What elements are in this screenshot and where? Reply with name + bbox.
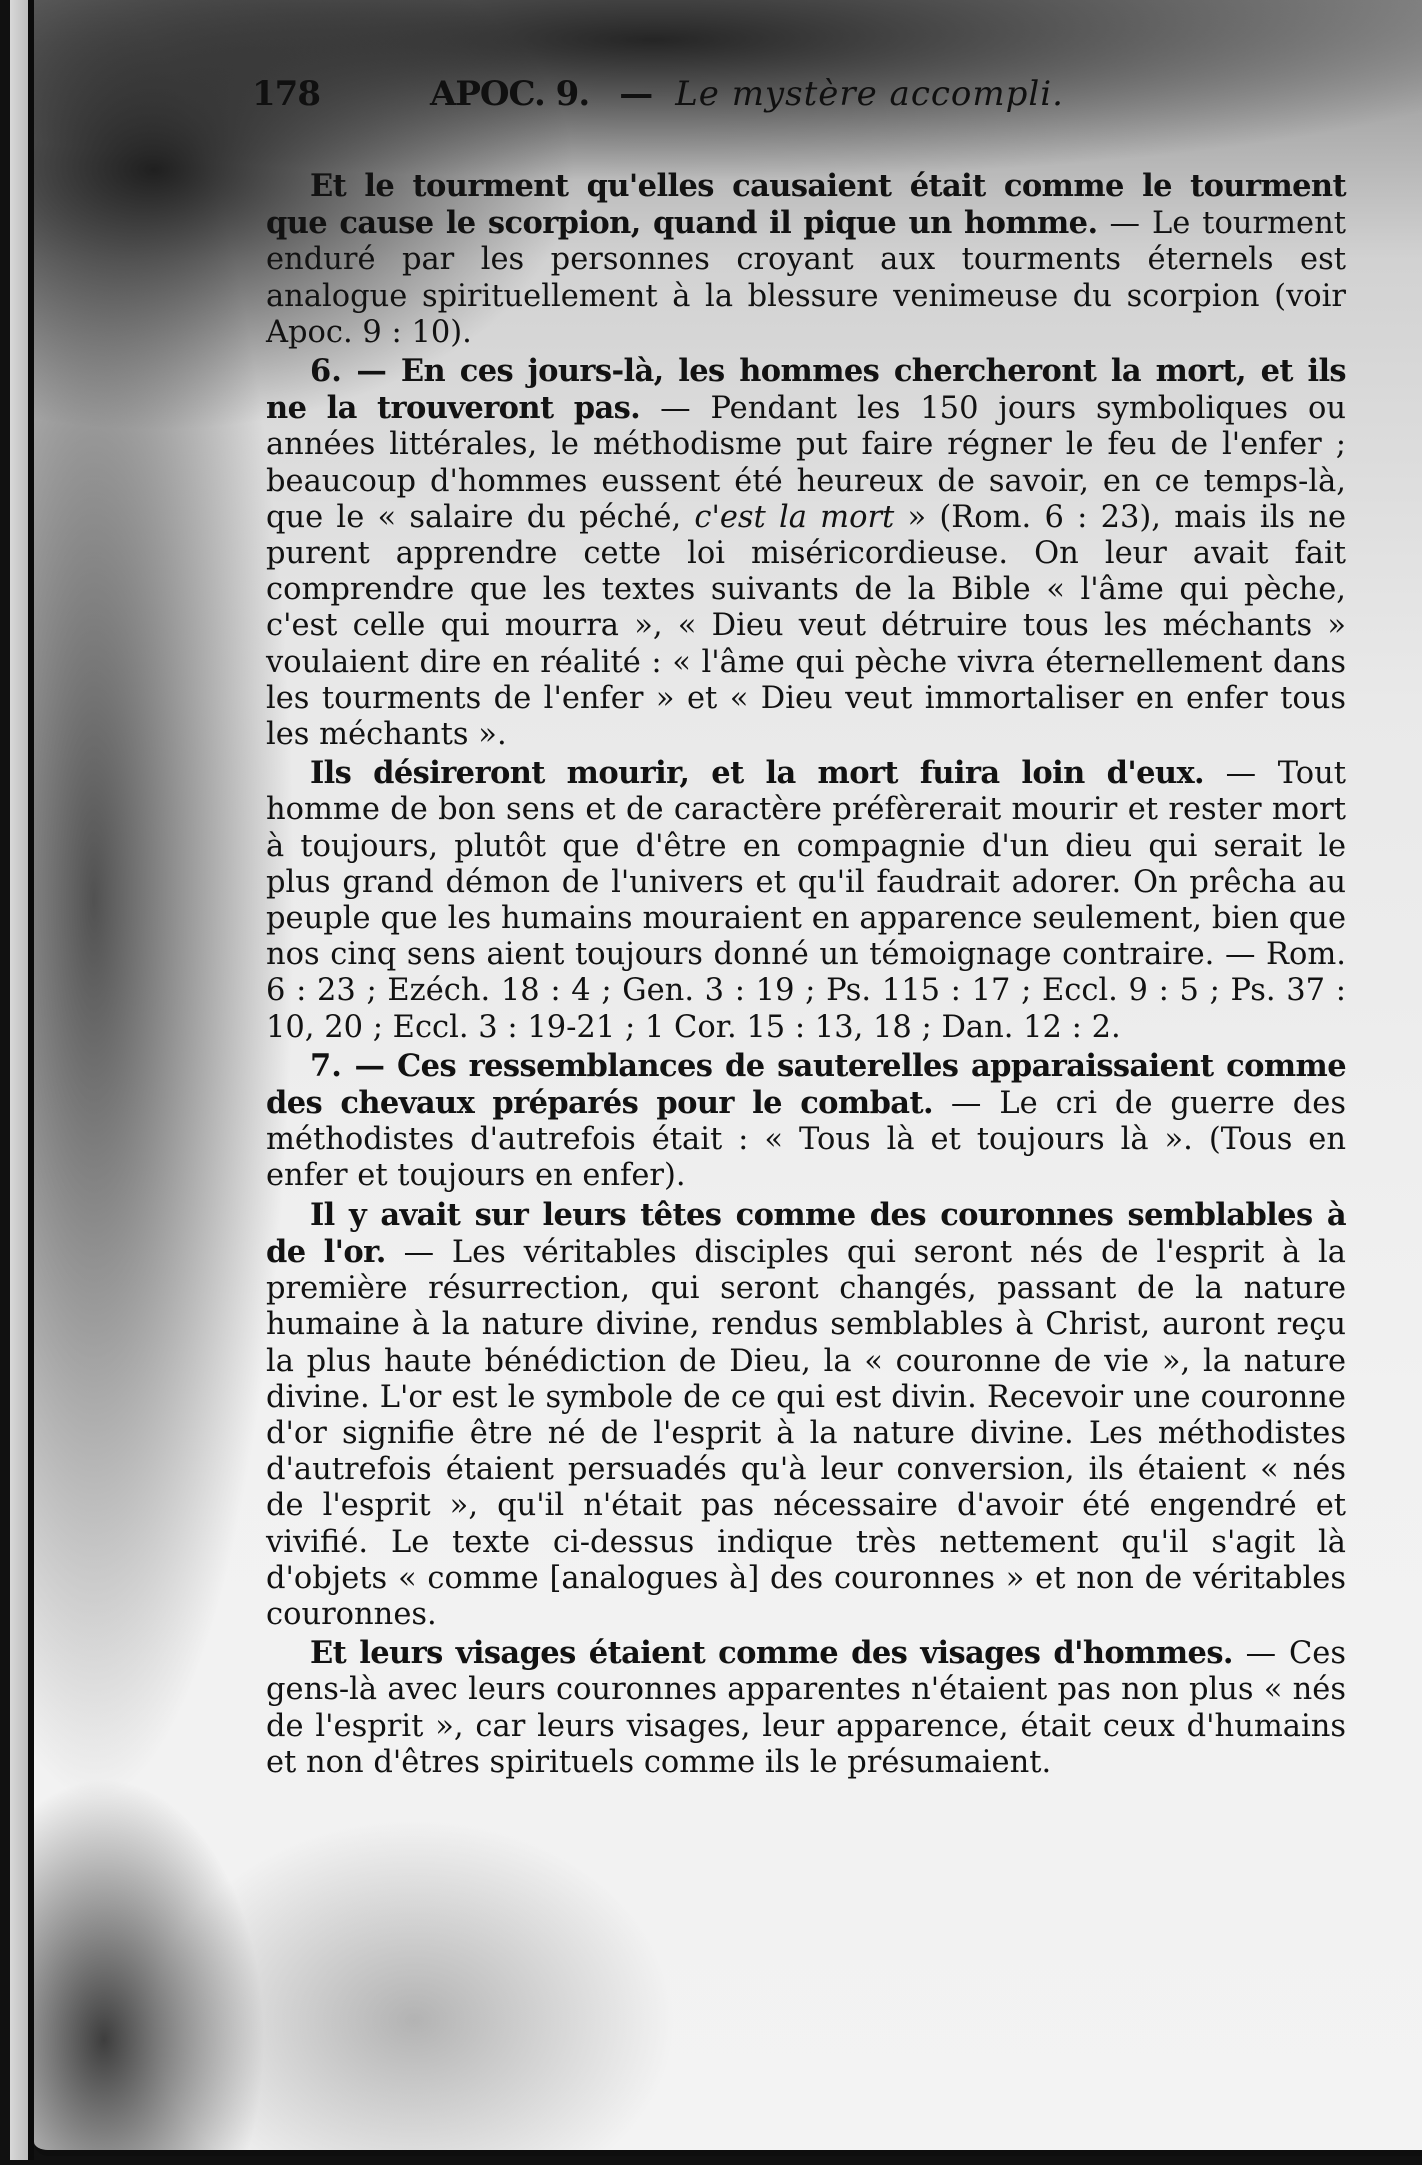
verse-number: 6. <box>310 353 342 389</box>
book-page: 178APOC. 9.—Le mystère accompli. Et le t… <box>34 0 1422 2156</box>
chapter-reference: APOC. 9. <box>430 74 589 114</box>
commentary: — Les véritables disciples qui seront né… <box>266 1235 1346 1632</box>
scripture-quote: Ils désireront mourir, et la mort fuira … <box>310 755 1204 791</box>
running-header: 178APOC. 9.—Le mystère accompli. <box>252 74 1252 114</box>
paragraph-verse-7-crowns: Il y avait sur leurs têtes comme des cou… <box>266 1197 1346 1633</box>
book-spine-edge <box>10 0 34 2160</box>
italic-emphasis: c'est la mort <box>694 500 894 535</box>
paragraph-verse-5-torment: Et le tourment qu'elles causaient était … <box>266 168 1346 351</box>
header-dash: — <box>619 74 653 114</box>
paragraph-verse-6: 6. — En ces jours-là, les hommes cherche… <box>266 353 1346 753</box>
page-body: Et le tourment qu'elles causaient était … <box>266 168 1346 1781</box>
page-number: 178 <box>252 74 320 114</box>
paragraph-verse-7-faces: Et leurs visages étaient comme des visag… <box>266 1635 1346 1781</box>
scripture-quote: Et leurs visages étaient comme des visag… <box>310 1635 1233 1671</box>
paragraph-verse-6-desire-death: Ils désireront mourir, et la mort fuira … <box>266 755 1346 1046</box>
chapter-title: Le mystère accompli. <box>675 74 1064 114</box>
scan-frame: 178APOC. 9.—Le mystère accompli. Et le t… <box>0 0 1422 2165</box>
verse-number: 7. <box>310 1048 342 1084</box>
commentary: — Tout homme de bon sens et de caractère… <box>266 756 1346 1044</box>
paragraph-verse-7: 7. — Ces ressemblances de sauterelles ap… <box>266 1048 1346 1195</box>
commentary-continued: » (Rom. 6 : 23), mais ils ne purent appr… <box>266 500 1346 752</box>
